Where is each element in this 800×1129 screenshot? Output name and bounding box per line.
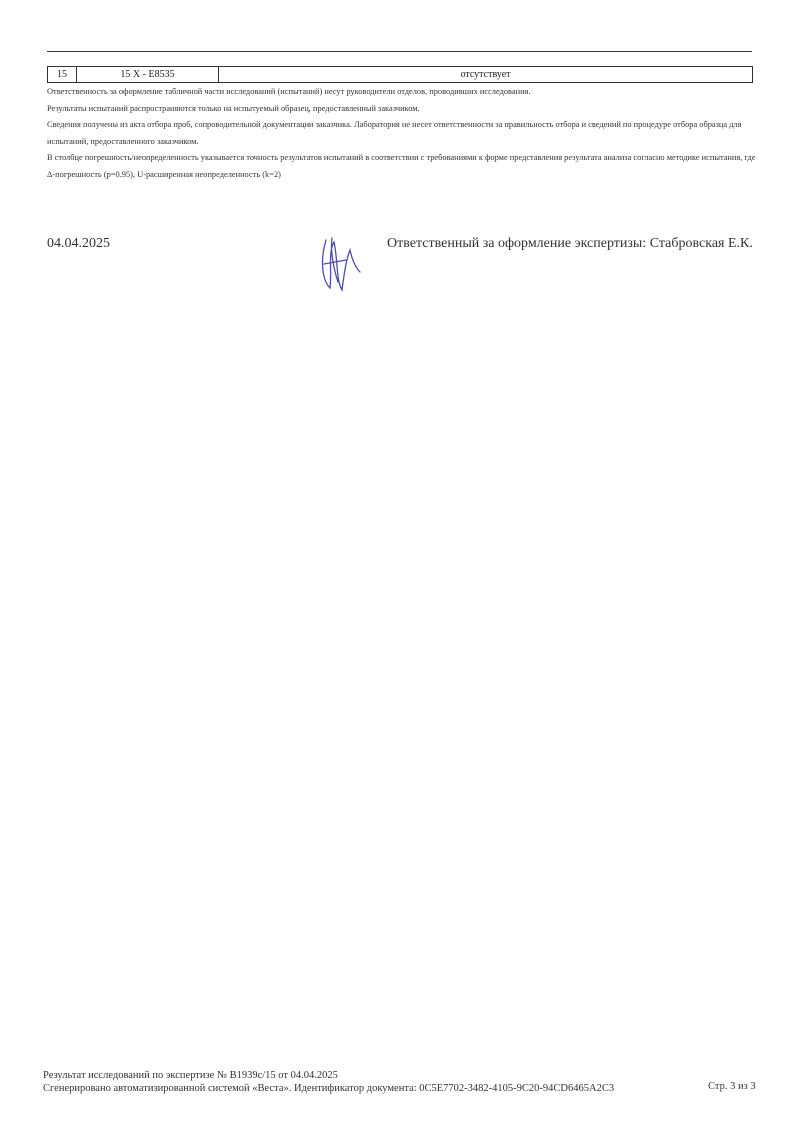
note-responsibility: Ответственность за оформление табличной … xyxy=(47,84,757,101)
result-value: отсутствует xyxy=(219,67,752,82)
table-top-border xyxy=(47,51,752,52)
footer-line-1: Результат исследований по экспертизе № В… xyxy=(43,1069,614,1082)
signature-date: 04.04.2025 xyxy=(47,236,110,252)
row-number: 15 xyxy=(48,67,77,82)
signature-icon xyxy=(316,230,366,295)
footer: Результат исследований по экспертизе № В… xyxy=(43,1069,614,1095)
page-number: Стр. 3 из 3 xyxy=(708,1081,756,1092)
note-uncertainty: В столбце погрешность/неопределенность у… xyxy=(47,150,757,183)
note-scope: Результаты испытаний распространяются то… xyxy=(47,101,757,118)
table-row: 15 15 X - E8535 отсутствует xyxy=(47,66,753,83)
notes-block: Ответственность за оформление табличной … xyxy=(47,84,757,184)
footer-line-2: Сгенерировано автоматизированной системо… xyxy=(43,1082,614,1095)
note-sampling: Сведения получены из акта отбора проб, с… xyxy=(47,117,757,150)
sample-code: 15 X - E8535 xyxy=(77,67,219,82)
responsible-person: Ответственный за оформление экспертизы: … xyxy=(387,236,753,252)
